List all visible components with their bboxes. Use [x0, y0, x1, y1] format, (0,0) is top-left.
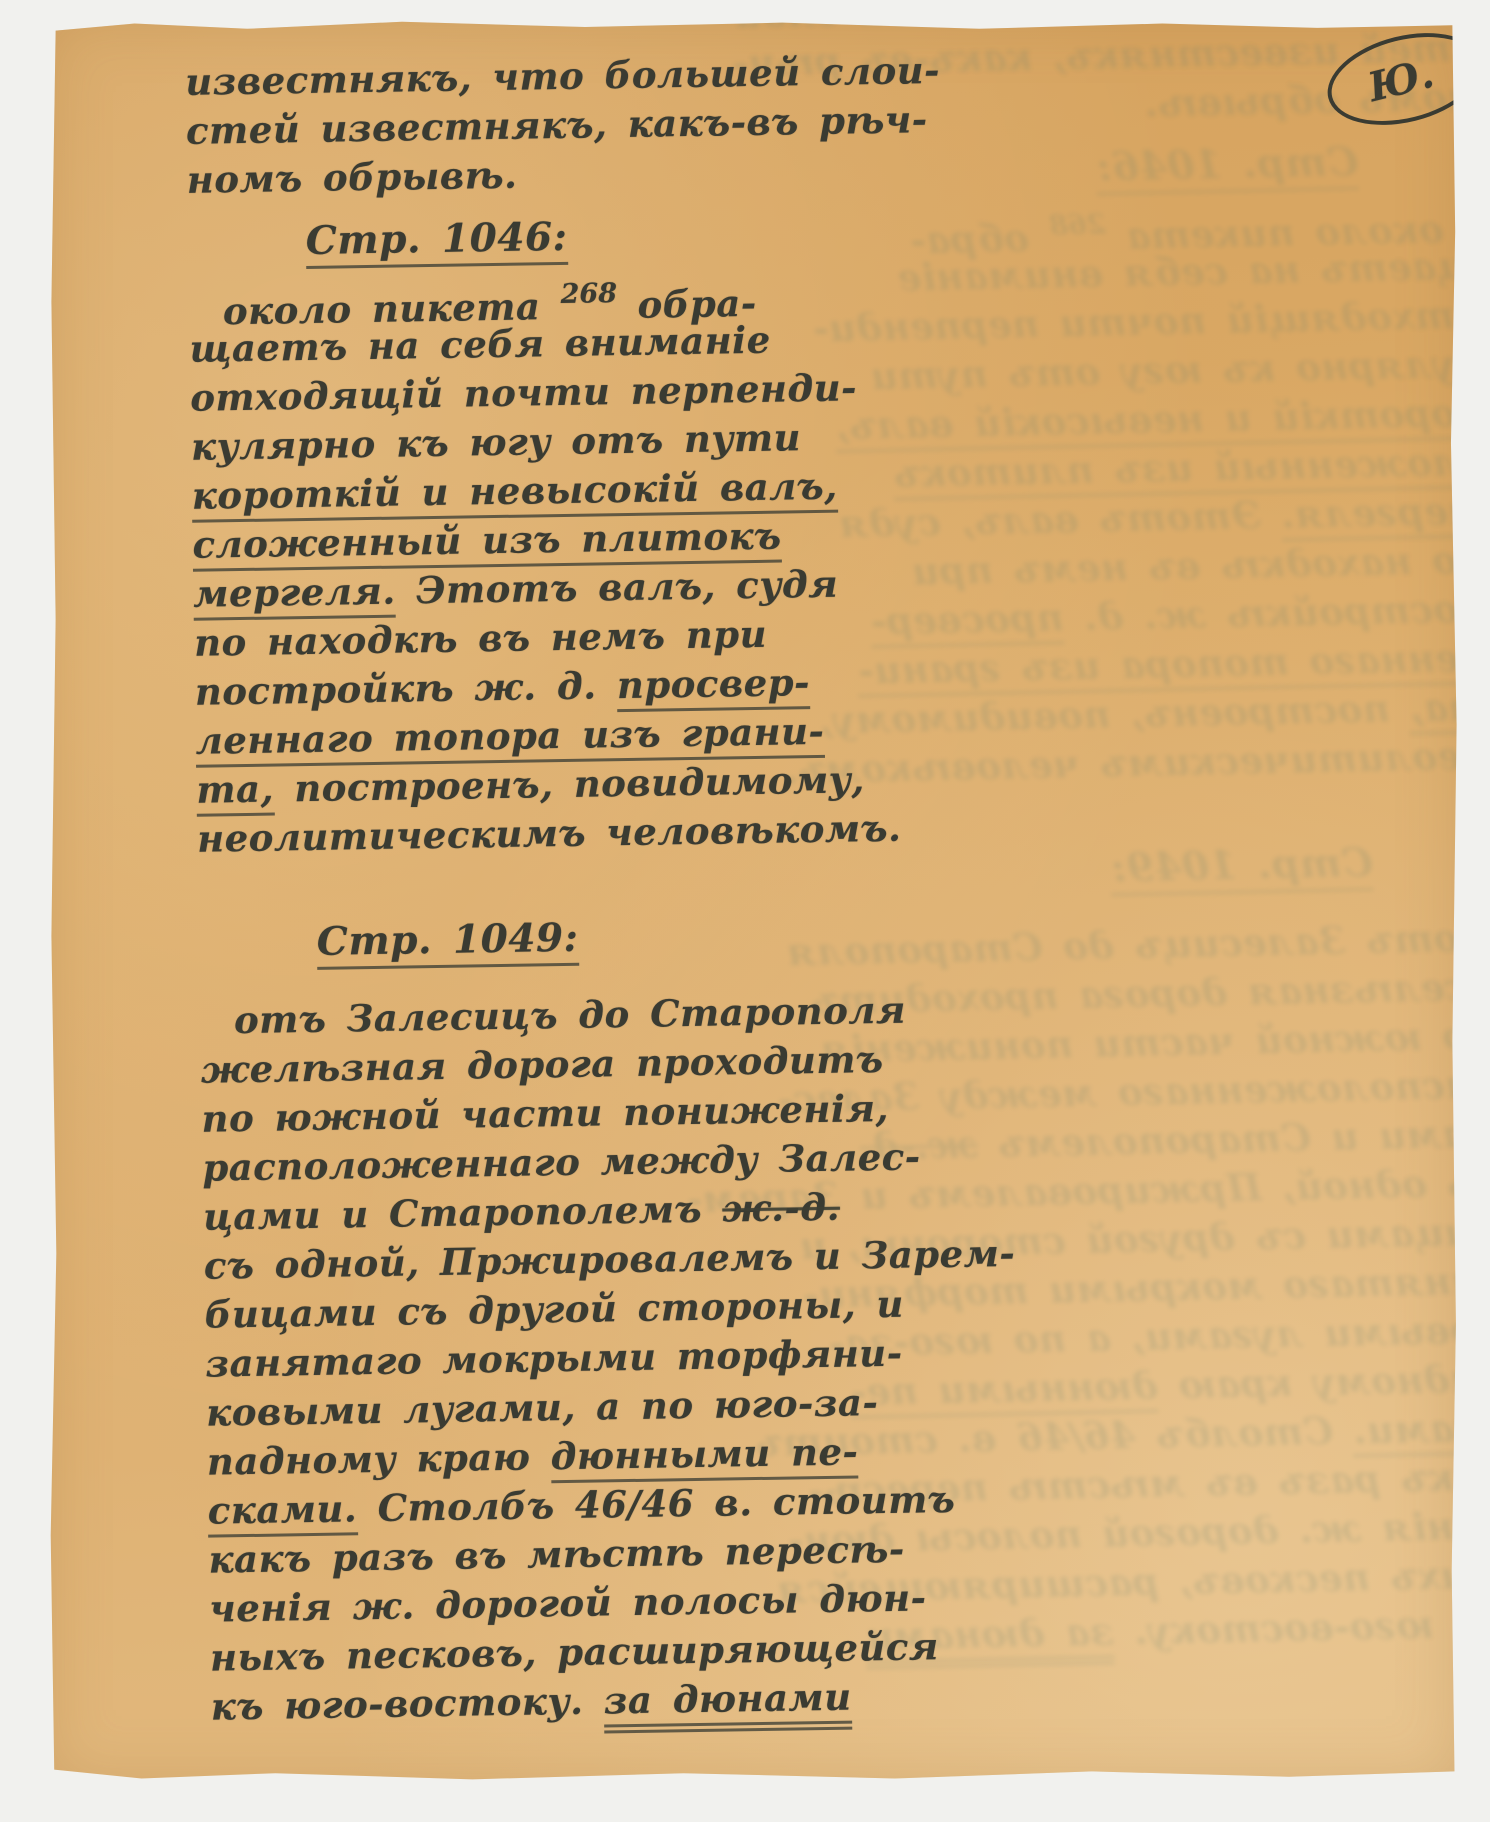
text-segment: отходящій почти перпенди- [190, 365, 857, 419]
text-segment: кулярно къ югу отъ пути [191, 415, 802, 469]
text-segment: 268 [560, 278, 617, 310]
text-segment: желѣзная дорога проходитъ [200, 1037, 883, 1092]
text-segment: просвер- [617, 660, 811, 712]
text-segment: известнякъ, что большей слои- [185, 48, 940, 104]
text-segment: ныхъ песковъ, расширяющейся [210, 1624, 939, 1679]
text-segment: построенъ, повидимому, [274, 757, 865, 810]
text-segment: ковыми лугами, а по юго-за- [206, 1380, 879, 1435]
section-heading: Стр. 1046: [187, 199, 1428, 267]
section-heading: Стр. 1049: [198, 900, 1439, 968]
text-segment: за дюнами [603, 1675, 852, 1734]
text-segment: по находкѣ въ немъ при [194, 612, 767, 665]
text-segment: неолитическимъ человѣкомъ. [197, 806, 902, 861]
text-segment: номъ обрывѣ. [187, 153, 518, 202]
text-segment: къ юго-востоку. [210, 1678, 604, 1728]
text-segment: Этотъ валъ, судя [395, 562, 838, 613]
text-segment: стей известнякъ, какъ-въ рѣч- [186, 97, 928, 153]
text-segment: цами и Старополемъ [203, 1187, 723, 1239]
text-segment: ж.-д. [722, 1185, 840, 1231]
text-segment: бицами съ другой стороны, и [204, 1282, 904, 1337]
text-segment: та, [196, 767, 274, 817]
text-segment: расположеннаго между Залес- [202, 1134, 921, 1189]
manuscript-text: известнякъ, что большей слои-стей извест… [185, 38, 1451, 1731]
text-segment: щаетъ на себя вниманіе [189, 318, 771, 371]
text-segment: дюнными пе- [550, 1429, 858, 1483]
text-segment: какъ разъ въ мѣстѣ пересѣ- [208, 1527, 905, 1582]
text-segment: падному краю [207, 1434, 551, 1483]
text-segment: Столбъ 46/46 в. стоитъ [357, 1477, 956, 1530]
text-segment: занятаго мокрыми торфяни- [205, 1331, 903, 1386]
text-segment: Стр. 1049: [316, 915, 578, 970]
manuscript-page: известнякъ, что большей слои-стей извест… [50, 20, 1458, 1782]
text-segment: Стр. 1046: [305, 214, 567, 269]
text-segment: постройкѣ ж. д. [195, 663, 618, 714]
text-segment: сками. [207, 1486, 357, 1537]
text-segment: мергеля. [193, 569, 396, 621]
corner-mark-text: Ю. [1363, 49, 1438, 110]
text-segment: отъ Залесицъ до Старополя [234, 988, 906, 1043]
text-segment: по южной части пониженія, [201, 1086, 889, 1141]
text-segment: ченія ж. дорогой полосы дюн- [209, 1575, 927, 1630]
